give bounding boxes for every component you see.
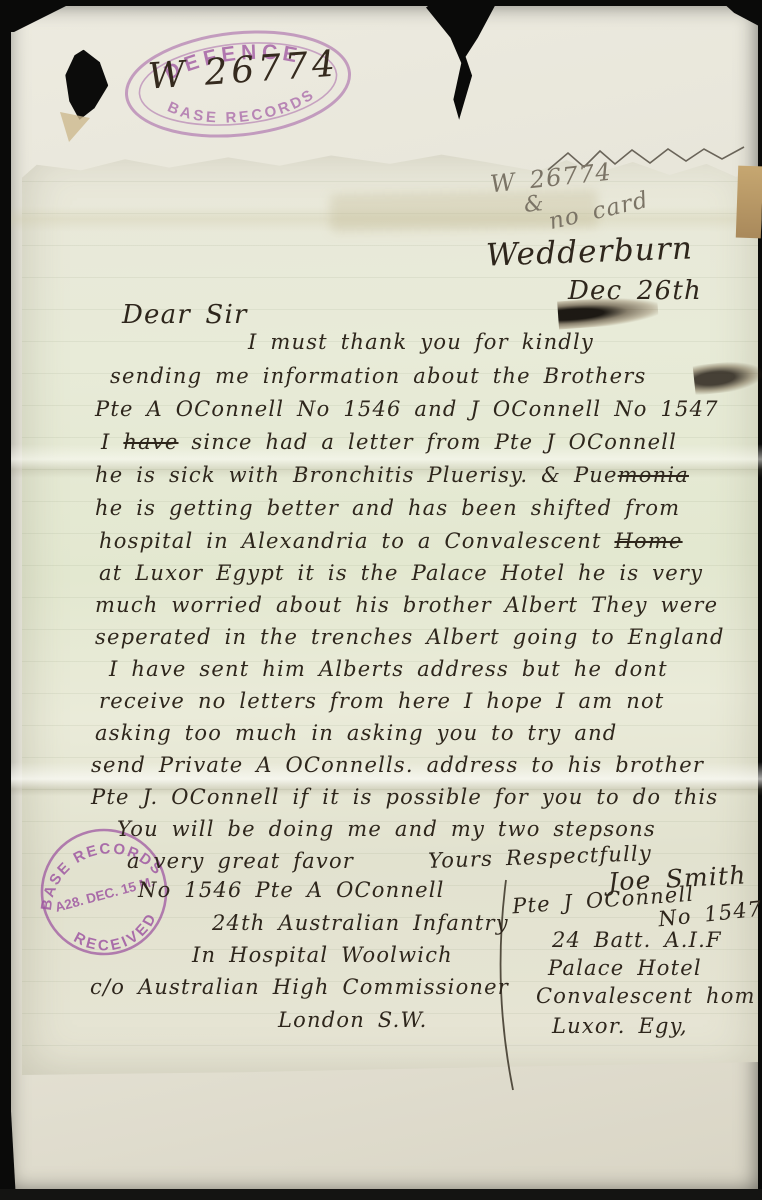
struck-word: have (123, 430, 178, 454)
address-left-line: 24th Australian Infantry (212, 911, 509, 935)
letter-line: he is getting better and has been shifte… (95, 496, 680, 520)
letter-line: asking too much in asking you to try and (95, 721, 617, 745)
line-text: since had a letter from Pte J OConnell (179, 430, 678, 454)
letter-line: I have sent him Alberts address but he d… (109, 657, 668, 681)
letter-line: You will be doing me and my two stepsons (117, 817, 656, 841)
line-text: he is sick with Bronchitis Pluerisy. & P… (95, 463, 618, 487)
struck-word: monia (618, 463, 689, 487)
pencil-ampersand: & (523, 191, 546, 218)
line-text: hospital in Alexandria to a Convalescent (99, 529, 614, 553)
line-text: I (101, 430, 123, 454)
line-text: a very great favor (127, 849, 354, 873)
line-text: receive no letters from here I hope I am… (99, 689, 664, 713)
letter-line: he is sick with Bronchitis Pluerisy. & P… (95, 463, 689, 487)
letter-line: seperated in the trenches Albert going t… (95, 625, 725, 649)
line-text: send Private A OConnells. address to his… (91, 753, 704, 777)
scan-black-edge-left (0, 0, 11, 1200)
letter-line: at Luxor Egypt it is the Palace Hotel he… (99, 561, 703, 585)
line-text: I must thank you for kindly (248, 330, 594, 354)
address-right-line: Palace Hotel (548, 956, 702, 980)
line-text: Pte A OConnell No 1546 and J OConnell No… (95, 397, 719, 421)
line-text: sending me information about the Brother… (110, 364, 647, 388)
letter-line: a very great favor (127, 849, 354, 873)
address-left-line: c/o Australian High Commissioner (90, 975, 509, 999)
letter-line: Pte J. OConnell if it is possible for yo… (91, 785, 718, 809)
line-text: You will be doing me and my two stepsons (117, 817, 656, 841)
address-right-line: Convalescent hom (536, 984, 756, 1008)
letter-line: hospital in Alexandria to a Convalescent… (99, 529, 683, 553)
letter-line: I must thank you for kindly (248, 330, 594, 354)
scan-black-edge-bottom (0, 1189, 762, 1200)
salutation: Dear Sir (122, 300, 248, 330)
letter-place: Wedderburn (485, 230, 693, 273)
line-text: seperated in the trenches Albert going t… (95, 625, 725, 649)
line-text: asking too much in asking you to try and (95, 721, 617, 745)
line-text: I have sent him Alberts address but he d… (109, 657, 668, 681)
letter-line: I have since had a letter from Pte J OCo… (101, 430, 677, 454)
line-text: much worried about his brother Albert Th… (95, 593, 718, 617)
letter-line: much worried about his brother Albert Th… (95, 593, 718, 617)
letter-line: send Private A OConnells. address to his… (91, 753, 704, 777)
address-left-line: In Hospital Woolwich (192, 943, 453, 967)
scan-black-edge-top (0, 0, 762, 6)
line-text: at Luxor Egypt it is the Palace Hotel he… (99, 561, 703, 585)
letter-line: Pte A OConnell No 1546 and J OConnell No… (95, 397, 719, 421)
scanned-letter-page: DEFENCE BASE RECORDS W 26774 BASE RECORD… (0, 0, 762, 1200)
tape-fragment-right-edge (736, 166, 762, 239)
address-left-line: No 1546 Pte A OConnell (138, 878, 445, 902)
address-right-line: 24 Batt. A.I.F (552, 928, 722, 952)
address-left-line: London S.W. (278, 1008, 428, 1032)
line-text: Pte J. OConnell if it is possible for yo… (91, 785, 718, 809)
struck-word: Home (614, 529, 682, 553)
line-text: he is getting better and has been shifte… (95, 496, 680, 520)
address-right-line: Luxor. Egy, (552, 1014, 688, 1038)
letter-line: sending me information about the Brother… (110, 364, 647, 388)
letter-line: receive no letters from here I hope I am… (99, 689, 664, 713)
